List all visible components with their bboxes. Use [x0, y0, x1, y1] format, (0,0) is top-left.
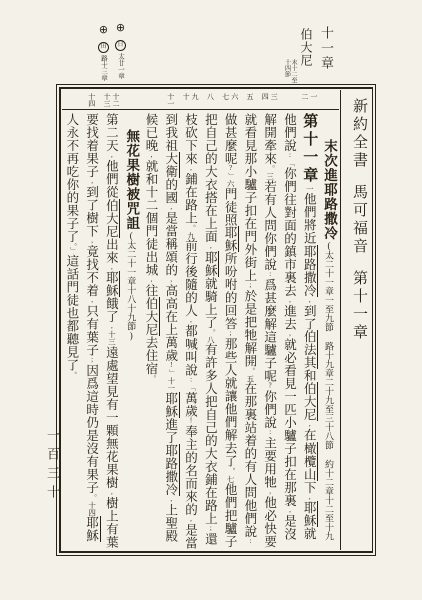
character: 大	[144, 310, 158, 323]
text-columns: 末次進耶路撒冷(太二十一章一至九節 路十九章二十九至三十八節 約十二章十二至十九…	[62, 110, 339, 550]
character: 上	[203, 217, 217, 230]
punctuation: 。	[188, 225, 195, 232]
punctuation: 。	[148, 375, 155, 382]
proper-name: 伯大尼	[302, 382, 318, 421]
character: 讓	[223, 390, 237, 403]
proper-name: 大衛	[164, 152, 180, 178]
verse-head-slot	[141, 90, 161, 109]
punctuation: :	[286, 152, 293, 160]
character: 有	[85, 318, 99, 331]
character: 下	[85, 225, 99, 238]
character: 大	[203, 447, 217, 460]
circled-cross-icon: ⊕	[113, 22, 128, 33]
verse-head-slot: 五	[240, 90, 260, 109]
character: 三	[266, 172, 275, 180]
character: 宿	[144, 362, 158, 375]
character: 一	[324, 278, 334, 287]
verse-head-slot: 十四	[82, 90, 102, 109]
verse-number: 七	[226, 475, 235, 483]
character: 騎	[203, 290, 217, 303]
character: 裏	[243, 408, 257, 421]
character: 徒	[223, 200, 237, 213]
character: 葉	[104, 535, 118, 548]
character: 十	[324, 523, 334, 532]
character: 有	[203, 343, 217, 356]
character: 要	[85, 113, 99, 126]
character: 穌	[85, 529, 99, 542]
character: 上	[164, 503, 178, 516]
character: 路	[184, 199, 198, 212]
character: 人	[263, 206, 277, 219]
character: 驢	[282, 429, 296, 442]
punctuation: ,	[207, 243, 214, 251]
punctuation: 「	[286, 160, 293, 167]
character: 子	[282, 442, 296, 455]
punctuation: ,	[306, 297, 313, 305]
character: 在	[243, 217, 257, 230]
character: 二	[144, 199, 158, 212]
character: 節	[324, 323, 334, 332]
character: 上	[164, 323, 178, 336]
punctuation: 。	[247, 368, 254, 375]
character: 說	[263, 258, 277, 271]
character: 八	[324, 432, 334, 441]
punctuation: ,	[108, 152, 115, 160]
verse-head-slot: 六七	[220, 90, 240, 109]
character: 十	[126, 304, 136, 313]
character: 他	[263, 496, 277, 509]
character: 去	[282, 284, 296, 297]
scripture-text: 下,	[302, 481, 316, 502]
character: 耶	[85, 516, 99, 529]
character: 答	[223, 317, 237, 330]
character: 有	[243, 460, 257, 473]
character: 其	[302, 356, 316, 369]
character: 近	[302, 232, 316, 245]
character: 在	[302, 429, 316, 442]
character: 撒	[322, 212, 337, 227]
scripture-text: ,在	[302, 421, 316, 442]
character: 竟	[85, 245, 99, 258]
scripture-text: 出來,	[104, 238, 118, 272]
character: 見	[104, 385, 118, 398]
punctuation: ,	[89, 238, 96, 246]
character: 自	[203, 126, 217, 139]
character: 人	[184, 304, 198, 317]
character: 進	[322, 168, 337, 183]
character: (	[324, 241, 334, 251]
punctuation: 。	[207, 329, 214, 336]
character: 大	[203, 165, 217, 178]
character: 說	[243, 525, 257, 538]
character: 耶	[164, 392, 178, 405]
circled-character: 日	[115, 40, 126, 51]
character: 牽	[263, 139, 277, 152]
character: 街	[243, 256, 257, 269]
character: 把	[203, 113, 217, 126]
punctuation: ,	[148, 277, 155, 285]
character: 這	[263, 330, 277, 343]
tab-note-col: 末十二至	[290, 59, 297, 83]
character: 至	[324, 514, 334, 523]
punctuation: ;	[89, 357, 96, 365]
character: 見	[243, 139, 257, 152]
character: 衣	[203, 178, 217, 191]
tab-note: 末十二至 十四節	[283, 59, 296, 83]
character: 到	[302, 304, 316, 317]
character: 看	[243, 126, 257, 139]
character: 耶	[203, 251, 217, 264]
scripture-text: ,到了	[302, 297, 316, 331]
character: 約	[324, 460, 334, 469]
verse-head-number: 六	[231, 93, 239, 100]
character: 名	[184, 464, 198, 477]
character: 大	[164, 152, 178, 165]
character: 上	[104, 509, 118, 522]
character: 撒	[164, 470, 178, 483]
character: 十	[126, 259, 136, 268]
character: 路	[322, 197, 337, 212]
running-head: 新約全書馬可福音第十一章	[340, 90, 370, 550]
text-column: 解開牽來。三若有人問你們說:爲甚麼解這驢子呢?你們說:主要用牠,他必快要歸還的。…	[260, 110, 280, 550]
character: 門	[223, 187, 237, 200]
character: 鎮	[282, 245, 296, 258]
character: 市	[282, 258, 296, 271]
character: 一	[282, 390, 296, 403]
character: 三	[324, 414, 334, 423]
character: 爲	[85, 377, 99, 390]
character: 二	[126, 250, 136, 259]
character: 小	[282, 416, 296, 429]
character: 處	[104, 359, 118, 372]
character: 從	[104, 186, 118, 199]
character: 都	[184, 325, 198, 338]
character: 就	[243, 113, 257, 126]
character: 着	[243, 434, 257, 447]
character: 照	[223, 213, 237, 226]
character: 次	[322, 154, 337, 169]
character: 再	[65, 152, 79, 165]
text-column: 候已晚,就和十二個門徒出城,往伯大尼去住宿。	[141, 110, 161, 550]
character: 八	[126, 295, 136, 304]
character: 樹	[124, 173, 139, 188]
running-head-part: 馬可福音	[351, 184, 367, 256]
character: 這	[85, 390, 99, 403]
character: 了	[164, 431, 178, 444]
punctuation: ,	[168, 204, 175, 212]
character: 頌	[164, 251, 178, 264]
verse-head-slot	[62, 90, 82, 109]
verse-head-number: 十三	[103, 93, 111, 107]
character: 伯	[302, 382, 316, 395]
character: 的	[243, 447, 257, 460]
character: 看	[282, 364, 296, 377]
character: 們	[302, 206, 316, 219]
character: 喊	[184, 338, 198, 351]
verse-head-slot: 三四	[260, 90, 280, 109]
character: 來	[184, 490, 198, 503]
punctuation: ,	[108, 323, 115, 331]
character: 只	[85, 305, 99, 318]
character: 在	[203, 204, 217, 217]
character: 呢	[223, 152, 237, 165]
character: 一	[126, 268, 136, 277]
character: 城	[144, 264, 158, 277]
character: 人	[243, 473, 257, 486]
character: 你	[263, 232, 277, 245]
character: 你	[65, 178, 79, 191]
verse-head-number: 十四	[88, 93, 96, 107]
character: 些	[223, 351, 237, 364]
character: 子	[65, 217, 79, 230]
character: 十	[324, 387, 334, 396]
character: 用	[263, 462, 277, 475]
character: 二	[324, 505, 334, 514]
character: 上	[203, 512, 217, 525]
verse-head-number: 三	[270, 93, 278, 100]
character: 是	[164, 212, 178, 225]
character: 站	[243, 421, 257, 434]
punctuation: 。	[69, 371, 76, 378]
character: 在	[184, 186, 198, 199]
character: 行	[184, 252, 198, 265]
character: 山	[302, 468, 316, 481]
character: 進	[164, 418, 178, 431]
verse-head-slot	[319, 90, 339, 109]
character: 果	[124, 158, 139, 173]
character: 去	[144, 336, 158, 349]
character: 聖	[164, 516, 178, 529]
text-column: 到我祖大衛的國,是當稱頌的,高高在上萬歲!」十一耶穌進了耶路撒冷,上聖殿去,四面…	[161, 110, 181, 550]
character: 面	[282, 219, 296, 232]
character: 路	[302, 258, 316, 271]
punctuation: ,	[188, 516, 195, 524]
punctuation: 」	[168, 370, 175, 377]
text-column: 枝砍下來,鋪在路上。九前行後隨的人,都喊叫說:「萬歲!奉主的名而來的,是當受稱頌…	[181, 110, 201, 550]
character: 還	[203, 533, 217, 546]
character: 前	[184, 239, 198, 252]
character: 甚	[223, 126, 237, 139]
character: 必	[282, 351, 296, 364]
character: 無	[124, 129, 139, 144]
verse-head-number: 四	[261, 93, 269, 100]
character: 和	[302, 369, 316, 382]
character: 們	[104, 173, 118, 186]
character: 着	[85, 139, 99, 152]
character: 那	[243, 395, 257, 408]
character: 的	[184, 503, 198, 516]
character: 他	[223, 403, 237, 416]
character: 耶	[302, 245, 316, 258]
character: 九	[324, 532, 334, 541]
character: 末	[322, 139, 337, 154]
character: 了	[65, 230, 79, 243]
section-heading: 末次進耶路撒冷	[322, 139, 337, 241]
character: 麼	[223, 139, 237, 152]
character: 在	[243, 382, 257, 395]
character: 上	[203, 303, 217, 316]
character: 穌	[223, 239, 237, 252]
verse-number: 十一	[167, 377, 176, 392]
character: 奉	[184, 425, 198, 438]
character: 他	[223, 483, 237, 496]
character: 無	[104, 437, 118, 450]
character: 七	[226, 475, 235, 483]
character: 九	[324, 360, 334, 369]
character: 徒	[65, 293, 79, 306]
character: 說	[184, 364, 198, 377]
character: 開	[243, 355, 257, 368]
cross-reference-seal: ⊕ 日 太廿一章	[113, 22, 128, 79]
verse-number: 十四	[88, 501, 97, 516]
character: 你	[282, 167, 296, 180]
character: 話	[65, 267, 79, 280]
scripture-text: 他們將近	[302, 193, 316, 245]
character: 的	[184, 451, 198, 464]
character: 伯	[104, 199, 118, 212]
character: 有	[85, 455, 99, 468]
character: 二	[324, 478, 334, 487]
scripture-text: 要找着果子,到了樹下,竟找不着,只有葉子;因爲這時仍是沒有果子。	[85, 113, 99, 501]
character: 歲	[164, 349, 178, 362]
character: 砍	[184, 126, 198, 139]
verse-head-number: 十一	[167, 93, 175, 107]
character: 自	[203, 408, 217, 421]
character: 們	[282, 126, 296, 139]
character: 把	[243, 316, 257, 329]
character: 說	[263, 416, 277, 429]
character: 找	[85, 258, 99, 271]
character: 將	[302, 219, 316, 232]
character: 他	[302, 193, 316, 206]
cross-reference-seal: ⊕ 田 路十三章	[96, 24, 111, 81]
character: 主	[184, 438, 198, 451]
character: 說	[282, 139, 296, 152]
character: 咒	[124, 202, 139, 217]
character: 開	[263, 126, 277, 139]
character: 章	[301, 167, 317, 185]
character: 上	[184, 212, 198, 225]
character: 解	[263, 317, 277, 330]
character: 在	[203, 486, 217, 499]
character: 穌	[164, 405, 178, 418]
verse-head-slot: 九十	[181, 90, 201, 109]
proper-name: 耶穌	[203, 251, 219, 277]
proper-name: 伯大尼	[144, 297, 160, 336]
character: 時	[85, 403, 99, 416]
character: 門	[65, 280, 79, 293]
character: 撒	[302, 271, 316, 284]
scripture-text: 到我祖	[164, 113, 178, 152]
character: 的	[203, 152, 217, 165]
character: 沒	[85, 442, 99, 455]
punctuation: ;	[227, 330, 234, 338]
proper-name: 伯大尼	[104, 199, 120, 238]
scripture-text: 所吩咐的回答;那些人就讓他們解去了。	[223, 252, 237, 475]
character: 耶	[104, 271, 118, 284]
character: 下	[302, 481, 316, 494]
character: 果	[85, 468, 99, 481]
character: 耶	[322, 183, 337, 198]
character: 不	[85, 271, 99, 284]
proper-name: 耶穌	[104, 271, 120, 297]
scripture-text: 的國,是當稱頌的,高高在上萬歲!」	[164, 178, 178, 377]
character: 後	[184, 265, 198, 278]
character: 若	[263, 180, 277, 193]
character: 出	[104, 238, 118, 251]
character: 找	[85, 126, 99, 139]
character: 門	[243, 230, 257, 243]
character: 要	[263, 535, 277, 548]
proper-name: 耶穌	[223, 226, 239, 252]
character: 樹	[85, 212, 99, 225]
character: 是	[184, 524, 198, 537]
character: 當	[164, 225, 178, 238]
character: 殿	[164, 529, 178, 542]
scripture-text: 做甚麼呢?」	[223, 113, 237, 180]
character: 法	[302, 343, 316, 356]
circled-character: 田	[98, 42, 109, 53]
verse-number: 三	[266, 172, 275, 180]
scripture-text: 門徒照	[223, 187, 237, 226]
character: 裏	[282, 494, 296, 507]
character: 己	[203, 421, 217, 434]
character: 衛	[164, 165, 178, 178]
text-frame: 新約全書馬可福音第十一章 一二三四五六七八九十十一十二十三十四 末次進耶路撒冷(…	[56, 84, 376, 556]
scripture-text: 去住宿。	[144, 336, 158, 382]
character: 牠	[243, 329, 257, 342]
character: 也	[65, 306, 79, 319]
verse-number: 一	[305, 185, 314, 193]
chapter-heading: 第十一章	[301, 113, 317, 185]
character: 有	[263, 193, 277, 206]
punctuation: ,	[306, 494, 313, 502]
verse-head-number: 九	[191, 93, 199, 100]
character: 萬	[184, 392, 198, 405]
character: 個	[144, 212, 158, 225]
character: 遠	[104, 346, 118, 359]
punctuation: ,	[267, 488, 274, 496]
punctuation: ,	[188, 317, 195, 325]
circled-cross-icon: ⊕	[96, 24, 111, 35]
character: 門	[144, 225, 158, 238]
character: 所	[223, 252, 237, 265]
character: 永	[65, 126, 79, 139]
character: 不	[65, 139, 79, 152]
character: 尼	[104, 225, 118, 238]
character: 的	[223, 291, 237, 304]
character: 十	[324, 351, 334, 360]
character: 衣	[203, 460, 217, 473]
character: 詛	[124, 216, 139, 231]
character: 九	[324, 396, 334, 405]
character: 人	[65, 113, 79, 126]
text-column: 第十一章一他們將近耶路撒冷,到了伯法其和伯大尼,在橄欖山下,耶穌就打發兩個門徒,…	[299, 110, 319, 550]
character: 在	[282, 468, 296, 481]
punctuation: ,	[168, 277, 175, 285]
character: 九	[126, 313, 136, 322]
verse-head-slot: 十二十三	[102, 90, 122, 109]
character: 尼	[144, 323, 158, 336]
punctuation: !	[168, 362, 175, 370]
character: 解	[263, 113, 277, 126]
character: 在	[164, 310, 178, 323]
character: 萬	[164, 336, 178, 349]
character: 一	[301, 149, 317, 167]
character: 子	[263, 356, 277, 369]
character: 節	[126, 322, 136, 331]
character: 叫	[184, 351, 198, 364]
